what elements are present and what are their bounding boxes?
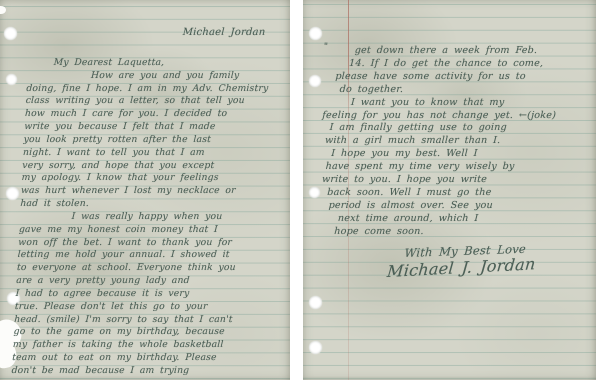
- handwriting-line: gave me my honest coin money that I: [19, 224, 278, 237]
- handwriting-line: doing, fine I hope. I am in my Adv. Chem…: [26, 83, 285, 96]
- handwriting-line: won off the bet. I want to thank you for: [18, 237, 277, 250]
- punch-hole: [6, 74, 17, 85]
- punch-hole: [309, 27, 322, 40]
- handwriting-line: How are you and you family: [27, 70, 286, 83]
- handwriting-line: feeling for you has not change yet. ←(jo…: [322, 110, 589, 123]
- handwriting-line: back soon. Well I must go the: [318, 187, 585, 200]
- handwriting-line: I want you to know that my: [323, 97, 590, 110]
- handwriting-line: team out to eat on my birthday. Please: [12, 352, 271, 365]
- handwriting-line: head. (smile) I'm sorry to say that I ca…: [14, 314, 273, 327]
- handwriting-line: write to you. I hope you write: [319, 174, 586, 187]
- paper-chip: [0, 6, 6, 14]
- letter-scan: Michael Jordan My Dearest Laquetta,How a…: [0, 0, 596, 380]
- handwriting-line: My Dearest Laquetta,: [27, 57, 286, 70]
- handwriting-line: get down there a week from Feb.: [325, 45, 592, 58]
- handwriting-line: you look pretty rotten after the last: [23, 134, 282, 147]
- handwriting-line: period is almost over. See you: [317, 200, 584, 213]
- handwriting-line: I am finally getting use to going: [321, 122, 588, 135]
- handwriting-line: my father is taking the whole basketball: [13, 339, 272, 352]
- handwriting-line: class writing you a letter, so that tell…: [25, 95, 284, 108]
- page-gap: [290, 0, 303, 380]
- handwriting-line: write you because I felt that I made: [24, 121, 283, 134]
- letter-page-1: Michael Jordan My Dearest Laquetta,How a…: [0, 0, 290, 380]
- punch-hole: [309, 341, 322, 354]
- handwriting-line: don't be mad because I am trying: [11, 365, 270, 378]
- handwriting-line: very sorry, and hope that you except: [22, 160, 281, 173]
- handwriting-line: are a very pretty young lady and: [16, 275, 275, 288]
- handwriting-line: had it stolen.: [20, 198, 279, 211]
- handwriting-line: do together.: [323, 84, 590, 97]
- handwriting-line: I hope you my best. Well I: [320, 148, 587, 161]
- handwriting-line: with a girl much smaller than I.: [321, 135, 588, 148]
- page1-body: My Dearest Laquetta,How are you and you …: [11, 57, 286, 378]
- handwriting-line: was hurt whenever I lost my necklace or: [21, 185, 280, 198]
- handwriting-line: have spent my time very wisely by: [319, 161, 586, 174]
- handwriting-line: go to the game on my birthday, because: [13, 326, 272, 339]
- handwriting-line: I was really happy when you: [19, 211, 278, 224]
- handwriting-line: letting me hold your annual. I showed it: [17, 249, 276, 262]
- handwriting-line: hope come soon.: [316, 226, 583, 239]
- punch-hole: [4, 27, 17, 40]
- page1-heading-name: Michael Jordan: [182, 27, 265, 38]
- handwriting-line: I had to agree because it is very: [15, 288, 274, 301]
- punch-hole: [6, 187, 19, 200]
- handwriting-line: true. Please don't let this go to your: [15, 301, 274, 314]
- handwriting-line: how much I care for you. I decided to: [25, 108, 284, 121]
- punch-hole: [309, 296, 322, 309]
- handwriting-line: night. I want to tell you that I am: [23, 147, 282, 160]
- letter-page-2: " get down there a week from Feb.14. If …: [303, 0, 596, 380]
- handwriting-line: next time around, which I: [317, 213, 584, 226]
- page2-body: get down there a week from Feb.14. If I …: [316, 45, 592, 239]
- handwriting-line: 14. If I do get the chance to come,: [325, 58, 592, 71]
- handwriting-line: to everyone at school. Everyone think yo…: [17, 262, 276, 275]
- handwriting-line: my apology. I know that your feelings: [21, 172, 280, 185]
- handwriting-line: please have some activity for us to: [324, 71, 591, 84]
- punch-hole: [309, 75, 321, 87]
